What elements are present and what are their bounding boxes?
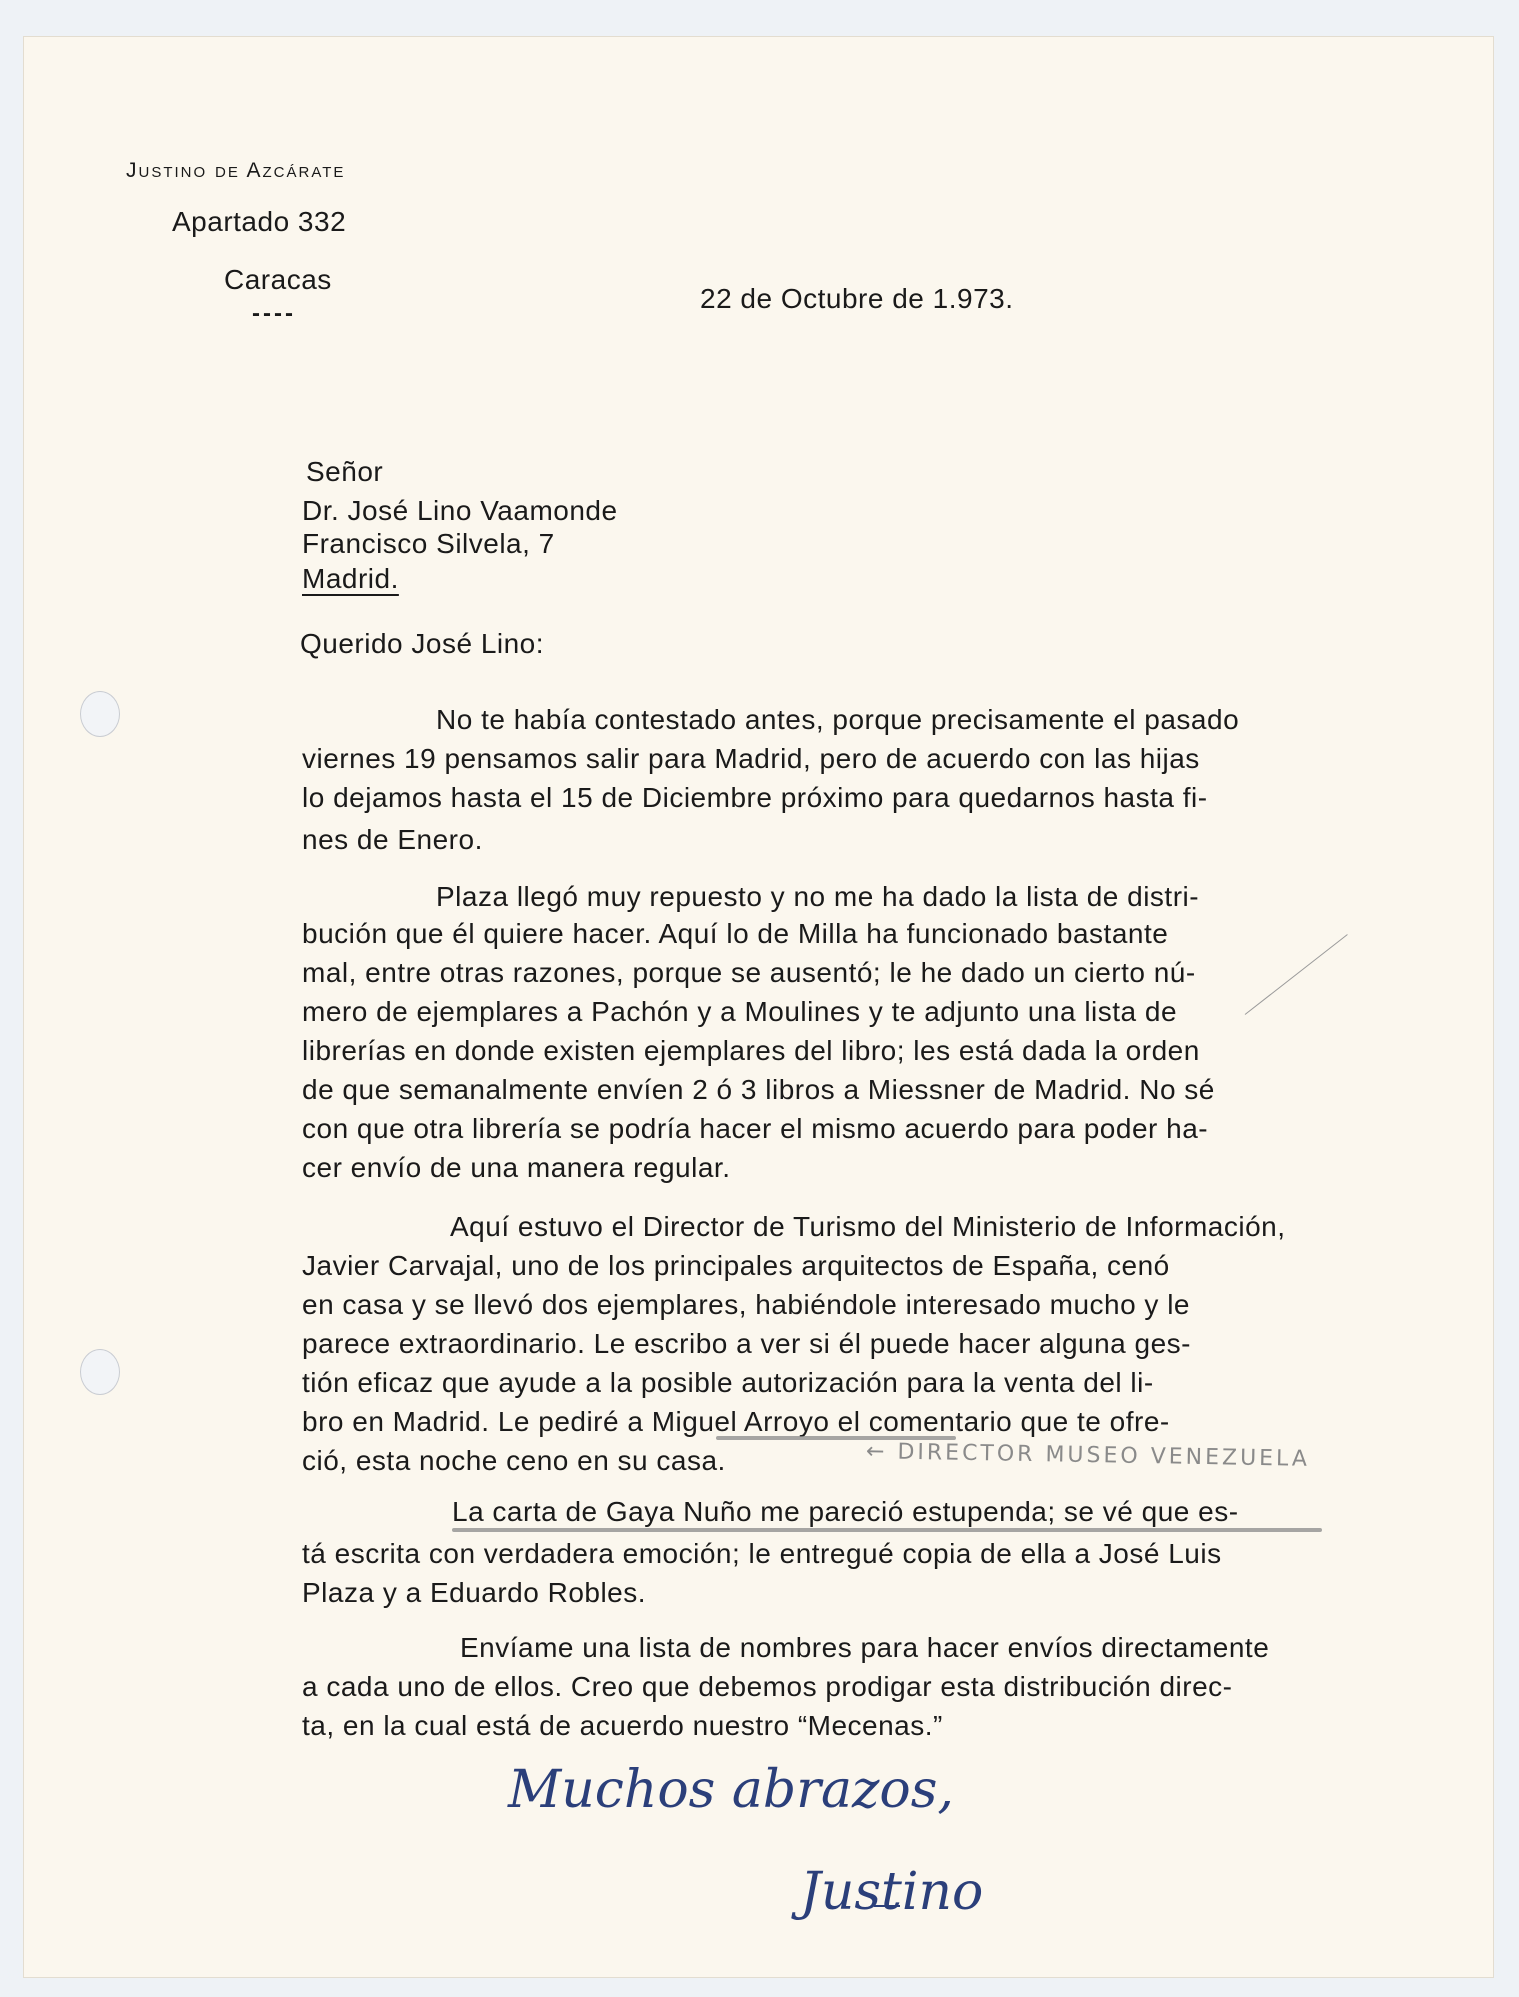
- paragraph-line: Plaza llegó muy repuesto y no me ha dado…: [436, 883, 1199, 911]
- paragraph-line: Aquí estuvo el Director de Turismo del M…: [450, 1213, 1286, 1241]
- paragraph-line: bución que él quiere hacer. Aquí lo de M…: [302, 920, 1168, 948]
- paragraph-line: librerías en donde existen ejemplares de…: [302, 1037, 1200, 1065]
- recipient-name: Dr. José Lino Vaamonde: [302, 497, 618, 525]
- signature-underline: [874, 1905, 900, 1907]
- paragraph-line: viernes 19 pensamos salir para Madrid, p…: [302, 745, 1200, 773]
- paragraph-line: bro en Madrid. Le pediré a Miguel Arroyo…: [302, 1408, 1170, 1436]
- paragraph-line: ció, esta noche ceno en su casa.: [302, 1447, 726, 1475]
- paragraph-line: con que otra librería se podría hacer el…: [302, 1115, 1208, 1143]
- paragraph-line: Javier Carvajal, uno de los principales …: [302, 1252, 1170, 1280]
- recipient-city: Madrid.: [302, 565, 399, 593]
- paragraph-line: en casa y se llevó dos ejemplares, habié…: [302, 1291, 1190, 1319]
- letterhead-separator: ----: [252, 302, 296, 326]
- punch-hole-top: [80, 691, 120, 737]
- letterhead-address: Apartado 332: [172, 208, 346, 236]
- paragraph-line: tión eficaz que ayude a la posible autor…: [302, 1369, 1154, 1397]
- letter-date: 22 de Octubre de 1.973.: [700, 285, 1014, 313]
- paragraph-line: de que semanalmente envíen 2 ó 3 libros …: [302, 1076, 1215, 1104]
- handwritten-signature: Justino: [800, 1862, 983, 1922]
- marker-underline-gaya-nuno: [452, 1528, 1322, 1532]
- recipient-street: Francisco Silvela, 7: [302, 530, 555, 558]
- paragraph-line: mal, entre otras razones, porque se ause…: [302, 959, 1196, 987]
- paragraph-line: No te había contestado antes, porque pre…: [436, 706, 1239, 734]
- letterhead-city: Caracas: [224, 266, 332, 294]
- paragraph-line: Plaza y a Eduardo Robles.: [302, 1579, 646, 1607]
- letterhead-name: Justino de Azcárate: [126, 160, 345, 181]
- paragraph-line: cer envío de una manera regular.: [302, 1154, 730, 1182]
- recipient-title: Señor: [306, 458, 383, 486]
- paragraph-line: parece extraordinario. Le escribo a ver …: [302, 1330, 1191, 1358]
- paragraph-line: Envíame una lista de nombres para hacer …: [460, 1634, 1269, 1662]
- handwritten-closing: Muchos abrazos,: [508, 1760, 954, 1820]
- paragraph-line: nes de Enero.: [302, 826, 483, 854]
- paragraph-line: ta, en la cual está de acuerdo nuestro “…: [302, 1712, 943, 1740]
- paragraph-line: a cada uno de ellos. Creo que debemos pr…: [302, 1673, 1232, 1701]
- paragraph-line: La carta de Gaya Nuño me pareció estupen…: [452, 1498, 1239, 1526]
- paragraph-line: tá escrita con verdadera emoción; le ent…: [302, 1540, 1222, 1568]
- greeting: Querido José Lino:: [300, 630, 544, 658]
- paragraph-line: lo dejamos hasta el 15 de Diciembre próx…: [302, 784, 1208, 812]
- punch-hole-bottom: [80, 1349, 120, 1395]
- paragraph-line: mero de ejemplares a Pachón y a Moulines…: [302, 998, 1177, 1026]
